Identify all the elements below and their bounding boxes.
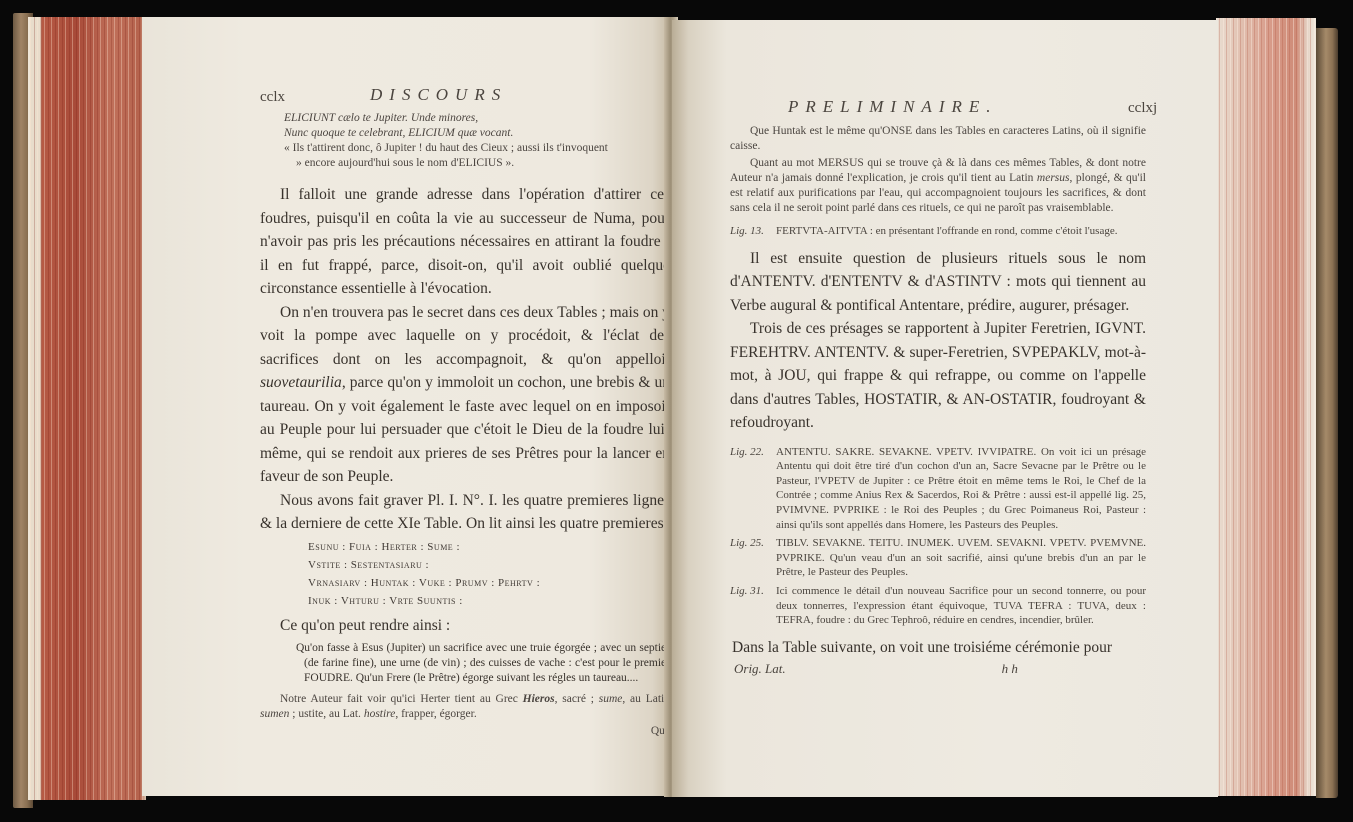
paragraph-1: Que Huntak est le même qu'ONSE dans les …: [730, 124, 1146, 154]
right-page: PRELIMINAIRE. cclxj Que Huntak est le mê…: [672, 20, 1218, 797]
verse-line-2: Nunc quoque te celebrant, ELICIUM quæ vo…: [260, 126, 670, 141]
paragraph-4: Trois de ces présages se rapportent à Ju…: [730, 317, 1146, 435]
inscription-line: Inuk : Vhturu : Vrte Suuntis :: [260, 592, 670, 610]
rendering-intro: Ce qu'on peut rendre ainsi :: [260, 614, 670, 638]
paragraph-1: Il falloit une grande adresse dans l'opé…: [260, 183, 670, 301]
page-edges-left: [28, 17, 146, 800]
page-footer: Orig. Lat. h h: [730, 659, 1146, 679]
note-lig-31: Lig. 31. Ici commence le détail d'un nou…: [730, 584, 1146, 628]
translation-line-2: » encore aujourd'hui sous le nom d'ELICI…: [260, 156, 670, 171]
inscription-line: Esunu : Fuia : Herter : Sume :: [260, 538, 670, 556]
book-cover-right: [1316, 28, 1338, 798]
inscription-block: Esunu : Fuia : Herter : Sume : Vstite : …: [260, 538, 670, 610]
signature-mark: h h: [1002, 659, 1018, 679]
paragraph-4: Notre Auteur fait voir qu'ici Herter tie…: [260, 692, 670, 722]
open-book: cclx DISCOURS ELICIUNT cælo te Jupiter. …: [0, 0, 1353, 822]
running-head-left: DISCOURS: [370, 85, 507, 104]
paragraph-5: Dans la Table suivante, on voit une troi…: [730, 636, 1146, 660]
inscription-line: Vstite : Sestentasiaru :: [260, 556, 670, 574]
note-lig-25: Lig. 25. TIBLV. SEVAKNE. TEITU. INUMEK. …: [730, 536, 1146, 580]
inscription-line: Vrnasiarv : Huntak : Vuke : Prumv : Pehr…: [260, 574, 670, 592]
paragraph-2: On n'en trouvera pas le secret dans ces …: [260, 301, 670, 489]
catchword: Que: [260, 724, 670, 739]
page-edges-right: [1216, 18, 1316, 796]
note-lig-22: Lig. 22. ANTENTU. SAKRE. SEVAKNE. VPETV.…: [730, 445, 1146, 533]
paragraph-3: Il est ensuite question de plusieurs rit…: [730, 247, 1146, 318]
paragraph-2: Quant au mot MERSUS qui se trouve çà & l…: [730, 156, 1146, 216]
page-number-right: cclxj: [1128, 100, 1157, 116]
translation-line-1: « Ils t'attirent donc, ô Jupiter ! du ha…: [260, 141, 670, 156]
page-number-left: cclx: [260, 89, 285, 105]
rendering-quote: Qu'on fasse à Esus (Jupiter) un sacrific…: [260, 641, 670, 686]
verse-line-1: ELICIUNT cælo te Jupiter. Unde minores,: [260, 111, 670, 126]
footer-orig-lat: Orig. Lat.: [734, 659, 786, 679]
paragraph-3: Nous avons fait graver Pl. I. N°. I. les…: [260, 489, 670, 536]
note-lig-13: Lig. 13. FERTVTA-AITVTA : en présentant …: [730, 224, 1146, 239]
running-head-right: PRELIMINAIRE.: [788, 97, 998, 116]
left-page: cclx DISCOURS ELICIUNT cælo te Jupiter. …: [142, 17, 668, 796]
